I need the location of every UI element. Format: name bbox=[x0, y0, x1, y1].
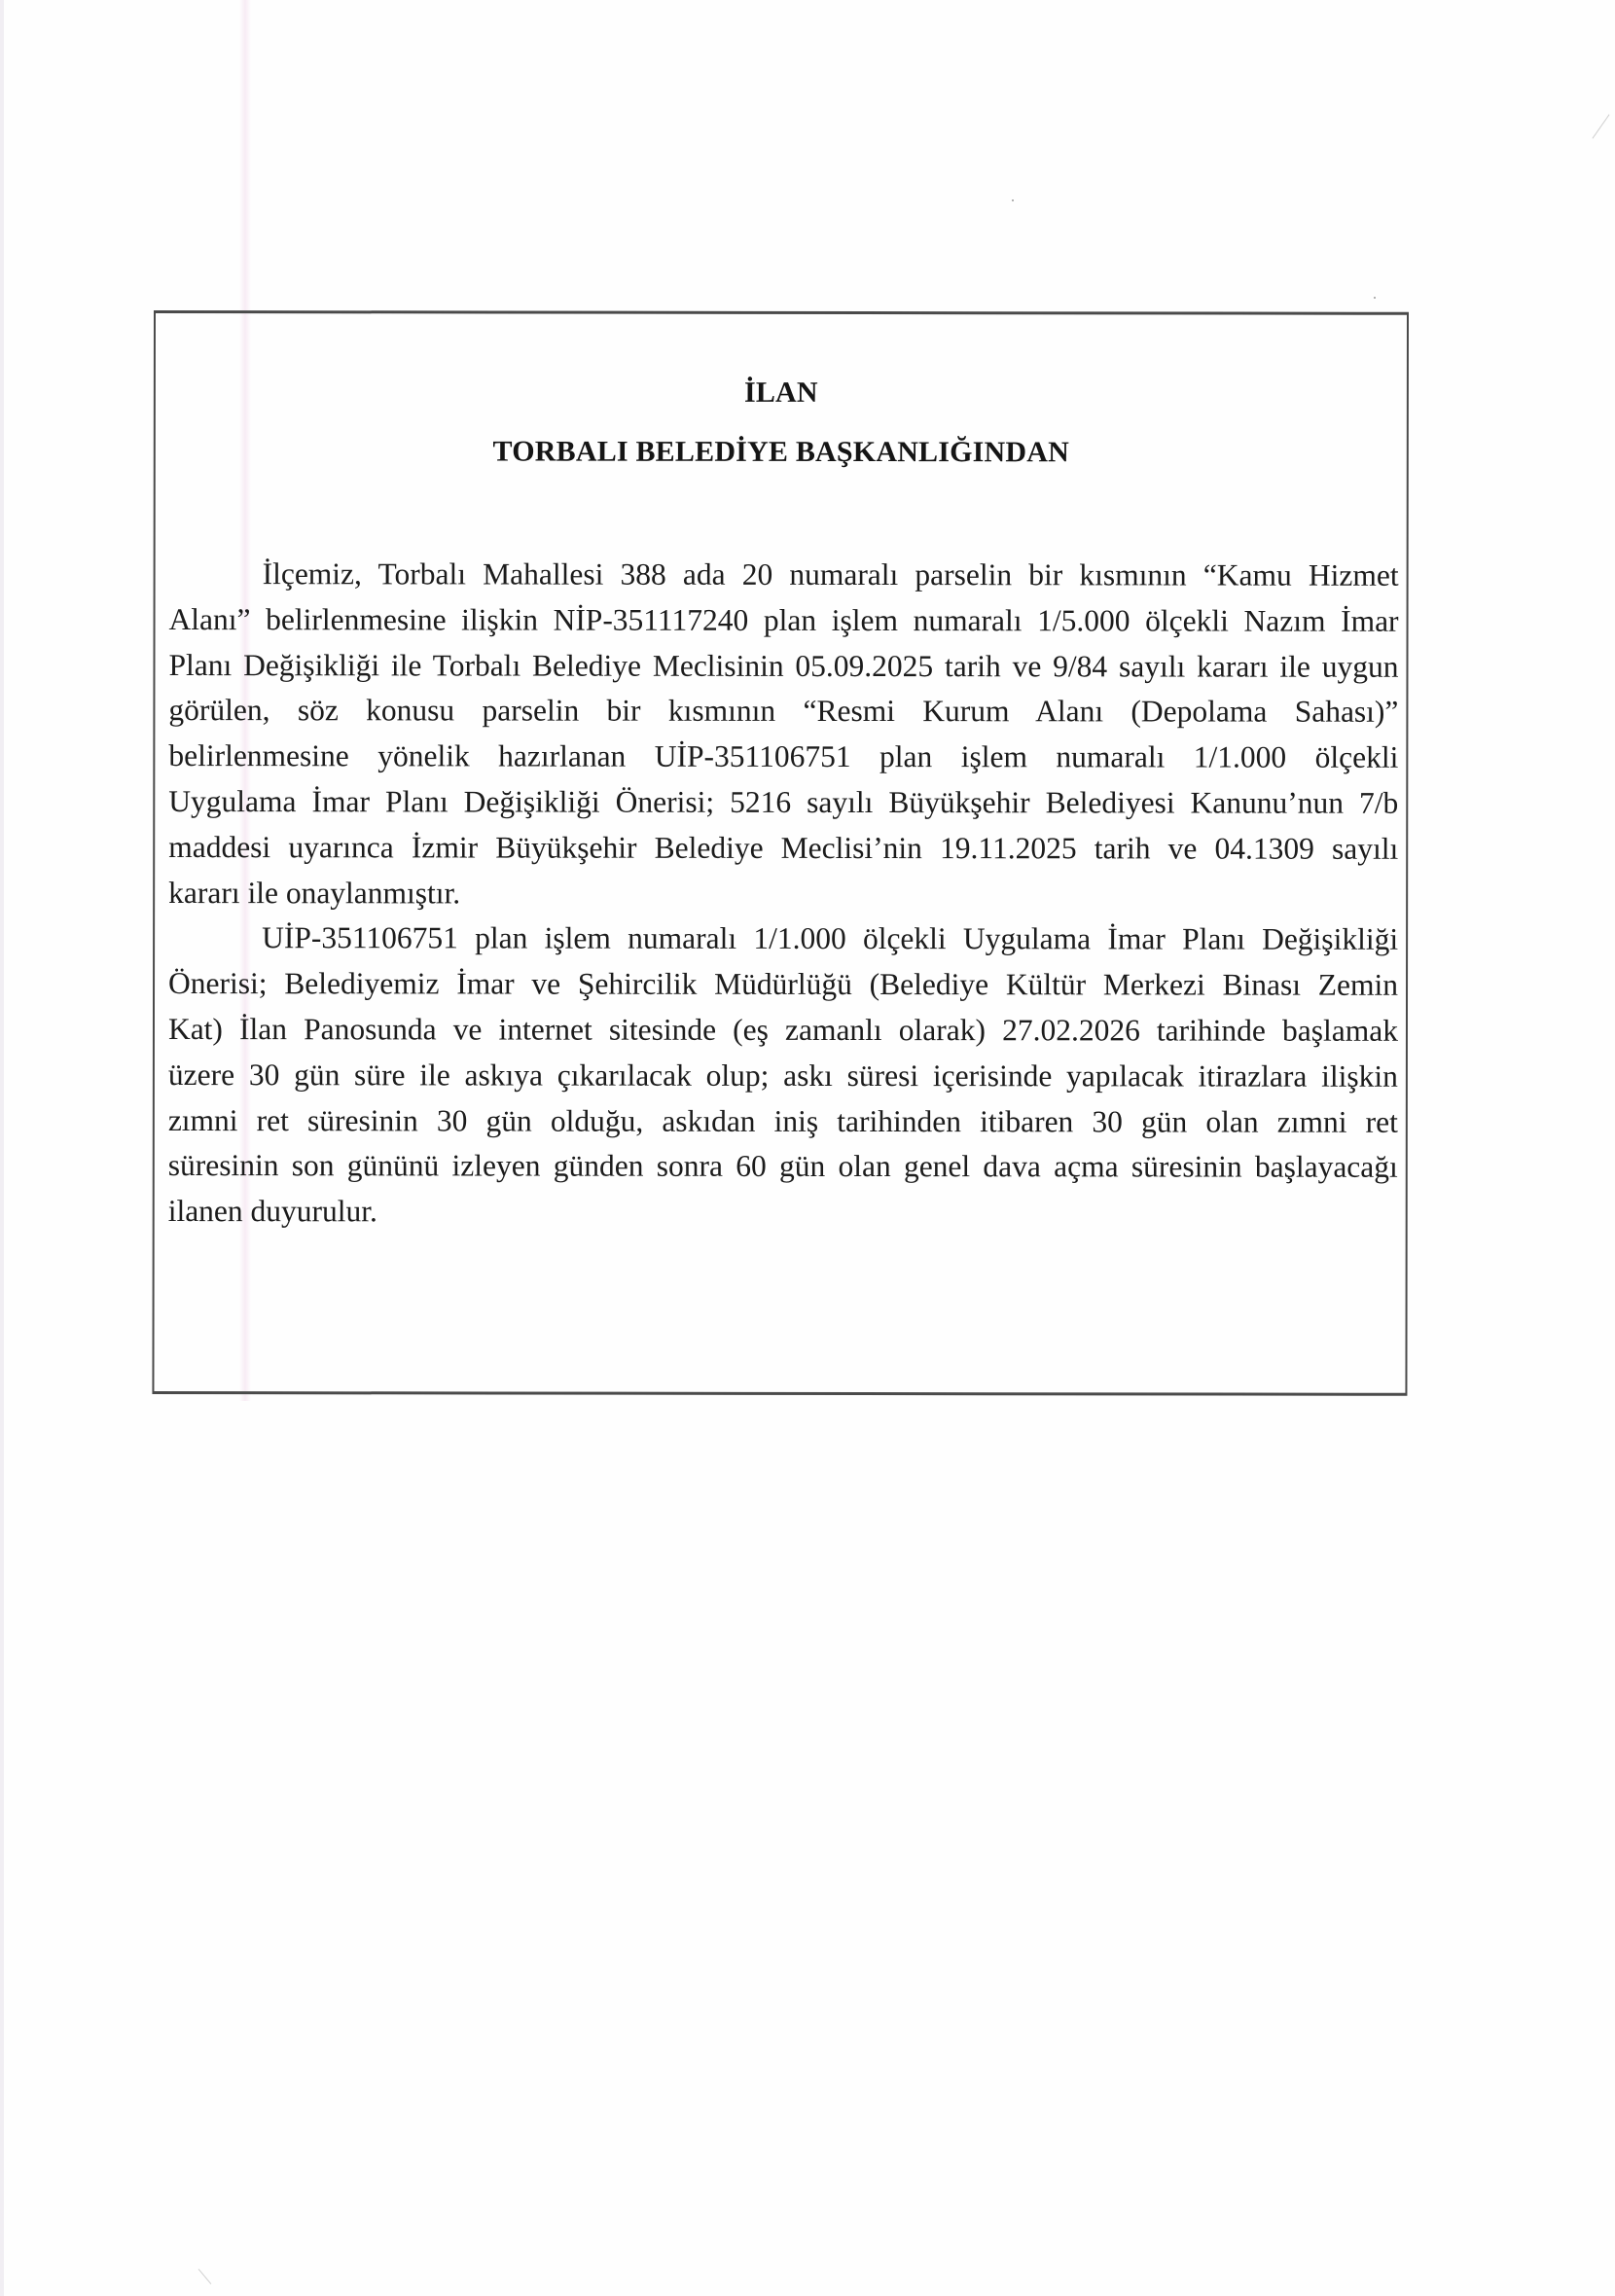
notice-issuer: TORBALI BELEDİYE BAŞKANLIĞINDAN bbox=[156, 435, 1407, 470]
text-line: Alanı” belirlenmesine ilişkin NİP-351117… bbox=[169, 597, 1399, 645]
text-line: zımni ret süresinin 30 gün olduğu, askıd… bbox=[168, 1098, 1398, 1146]
scan-speck bbox=[1012, 199, 1014, 201]
text-line: ilanen duyurulur. bbox=[168, 1189, 1398, 1237]
text-line: kararı ile onaylanmıştır. bbox=[168, 871, 1398, 918]
text-line: üzere 30 gün süre ile askıya çıkarılacak… bbox=[168, 1053, 1398, 1100]
paragraph-1: İlçemiz, Torbalı Mahallesi 388 ada 20 nu… bbox=[168, 552, 1399, 917]
text-line: Kat) İlan Panosunda ve internet sitesind… bbox=[168, 1007, 1398, 1055]
text-line: maddesi uyarınca İzmir Büyükşehir Beledi… bbox=[168, 825, 1398, 873]
scan-mark bbox=[198, 2269, 212, 2284]
text-line: görülen, söz konusu parselin bir kısmını… bbox=[168, 688, 1398, 735]
text-line: süresinin son gününü izleyen günden sonr… bbox=[168, 1143, 1398, 1191]
notice-box: İLAN TORBALI BELEDİYE BAŞKANLIĞINDAN İlç… bbox=[152, 310, 1409, 1396]
text-line: belirlenmesine yönelik hazırlanan UİP-35… bbox=[168, 734, 1398, 781]
text-line: İlçemiz, Torbalı Mahallesi 388 ada 20 nu… bbox=[169, 552, 1399, 599]
notice-title: İLAN bbox=[156, 376, 1407, 411]
scan-speck bbox=[1374, 297, 1376, 299]
text-line: Önerisi; Belediyemiz İmar ve Şehircilik … bbox=[168, 961, 1398, 1009]
text-line: UİP-351106751 plan işlem numaralı 1/1.00… bbox=[168, 915, 1398, 963]
text-line: Uygulama İmar Planı Değişikliği Önerisi;… bbox=[168, 779, 1398, 827]
notice-body: İlçemiz, Torbalı Mahallesi 388 ada 20 nu… bbox=[168, 552, 1399, 1237]
scan-mark bbox=[1592, 114, 1609, 138]
text-line: Planı Değişikliği ile Torbalı Belediye M… bbox=[168, 643, 1398, 691]
scan-edge bbox=[0, 0, 4, 2296]
paragraph-2: UİP-351106751 plan işlem numaralı 1/1.00… bbox=[168, 915, 1398, 1236]
